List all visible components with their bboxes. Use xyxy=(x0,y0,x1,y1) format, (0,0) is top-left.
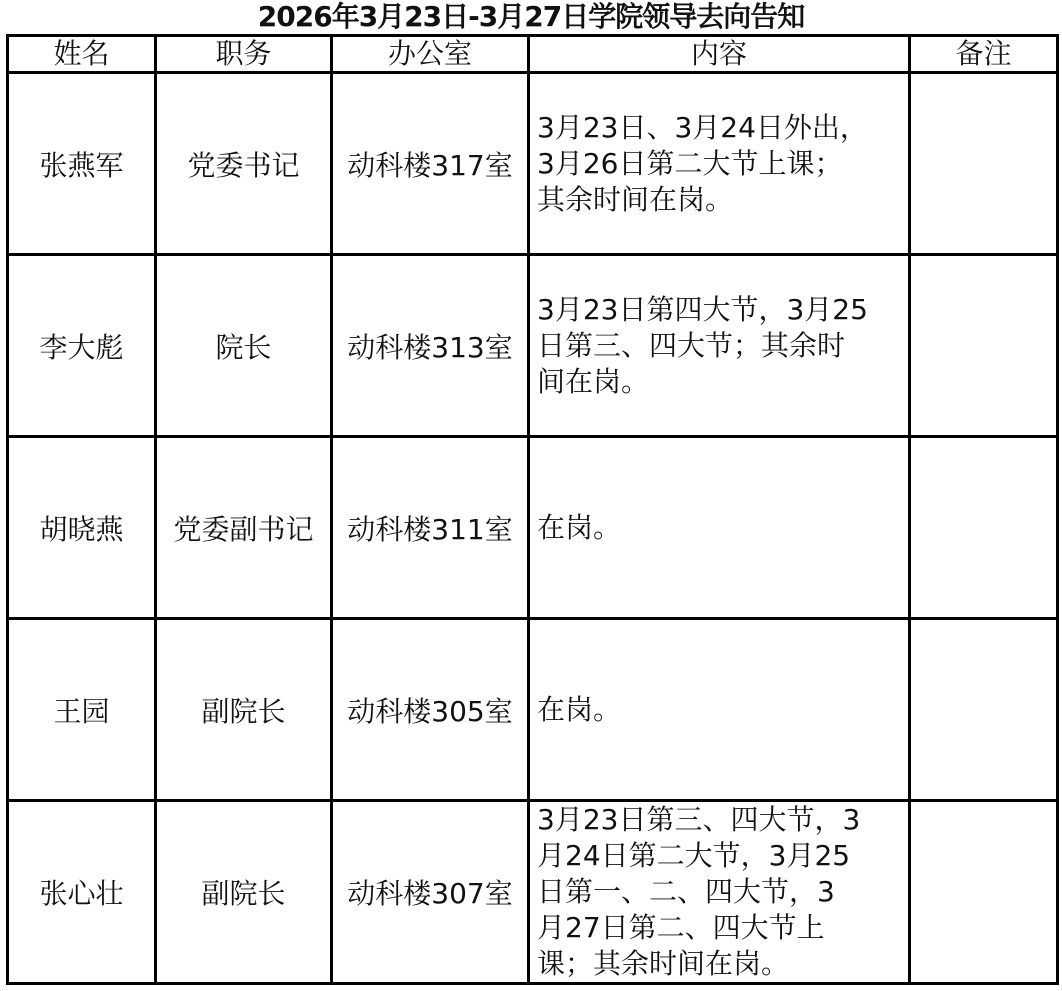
cell-remark xyxy=(910,801,1058,984)
cell-content: 在岗。 xyxy=(529,437,910,619)
table-row: 胡晓燕 党委副书记 动科楼311室 在岗。 xyxy=(8,437,1058,619)
cell-position: 院长 xyxy=(156,255,332,437)
cell-content: 在岗。 xyxy=(529,619,910,801)
header-position: 职务 xyxy=(156,36,332,73)
header-content: 内容 xyxy=(529,36,910,73)
content-line: 3月23日第四大节，3月25 xyxy=(537,292,908,328)
content-line: 3月23日、3月24日外出， xyxy=(537,110,908,146)
cell-office: 动科楼313室 xyxy=(332,255,529,437)
content-line: 其余时间在岗。 xyxy=(537,182,908,218)
content-line: 在岗。 xyxy=(537,510,908,546)
content-line: 月24日第二大节，3月25 xyxy=(537,838,908,874)
content-line: 在岗。 xyxy=(537,692,908,728)
table-row: 王园 副院长 动科楼305室 在岗。 xyxy=(8,619,1058,801)
cell-position: 副院长 xyxy=(156,619,332,801)
content-line: 月27日第二、四大节上 xyxy=(537,910,908,946)
cell-name: 张心壮 xyxy=(8,801,156,984)
cell-remark xyxy=(910,619,1058,801)
cell-office: 动科楼305室 xyxy=(332,619,529,801)
cell-position: 副院长 xyxy=(156,801,332,984)
header-office: 办公室 xyxy=(332,36,529,73)
cell-remark xyxy=(910,255,1058,437)
page-title: 2026年3月23日-3月27日学院领导去向告知 xyxy=(0,0,1062,34)
cell-position: 党委副书记 xyxy=(156,437,332,619)
cell-office: 动科楼317室 xyxy=(332,73,529,255)
header-remark: 备注 xyxy=(910,36,1058,73)
content-line: 3月23日第三、四大节，3 xyxy=(537,802,908,838)
table-row: 张心壮 副院长 动科楼307室 3月23日第三、四大节，3 月24日第二大节，3… xyxy=(8,801,1058,984)
content-line: 课；其余时间在岗。 xyxy=(537,946,908,982)
cell-content: 3月23日、3月24日外出， 3月26日第二大节上课； 其余时间在岗。 xyxy=(529,73,910,255)
content-line: 日第三、四大节；其余时 xyxy=(537,328,908,364)
content-line: 3月26日第二大节上课； xyxy=(537,146,908,182)
cell-office: 动科楼307室 xyxy=(332,801,529,984)
content-line: 间在岗。 xyxy=(537,364,908,400)
cell-name: 李大彪 xyxy=(8,255,156,437)
cell-name: 张燕军 xyxy=(8,73,156,255)
table-row: 李大彪 院长 动科楼313室 3月23日第四大节，3月25 日第三、四大节；其余… xyxy=(8,255,1058,437)
header-name: 姓名 xyxy=(8,36,156,73)
header-row: 姓名 职务 办公室 内容 备注 xyxy=(8,36,1058,73)
leader-schedule-table: 姓名 职务 办公室 内容 备注 张燕军 党委书记 动科楼317室 3月23日、3… xyxy=(6,34,1059,985)
content-line: 日第一、二、四大节，3 xyxy=(537,874,908,910)
cell-position: 党委书记 xyxy=(156,73,332,255)
cell-name: 胡晓燕 xyxy=(8,437,156,619)
cell-remark xyxy=(910,73,1058,255)
table-row: 张燕军 党委书记 动科楼317室 3月23日、3月24日外出， 3月26日第二大… xyxy=(8,73,1058,255)
cell-content: 3月23日第三、四大节，3 月24日第二大节，3月25 日第一、二、四大节，3 … xyxy=(529,801,910,984)
cell-content: 3月23日第四大节，3月25 日第三、四大节；其余时 间在岗。 xyxy=(529,255,910,437)
cell-office: 动科楼311室 xyxy=(332,437,529,619)
cell-remark xyxy=(910,437,1058,619)
cell-name: 王园 xyxy=(8,619,156,801)
